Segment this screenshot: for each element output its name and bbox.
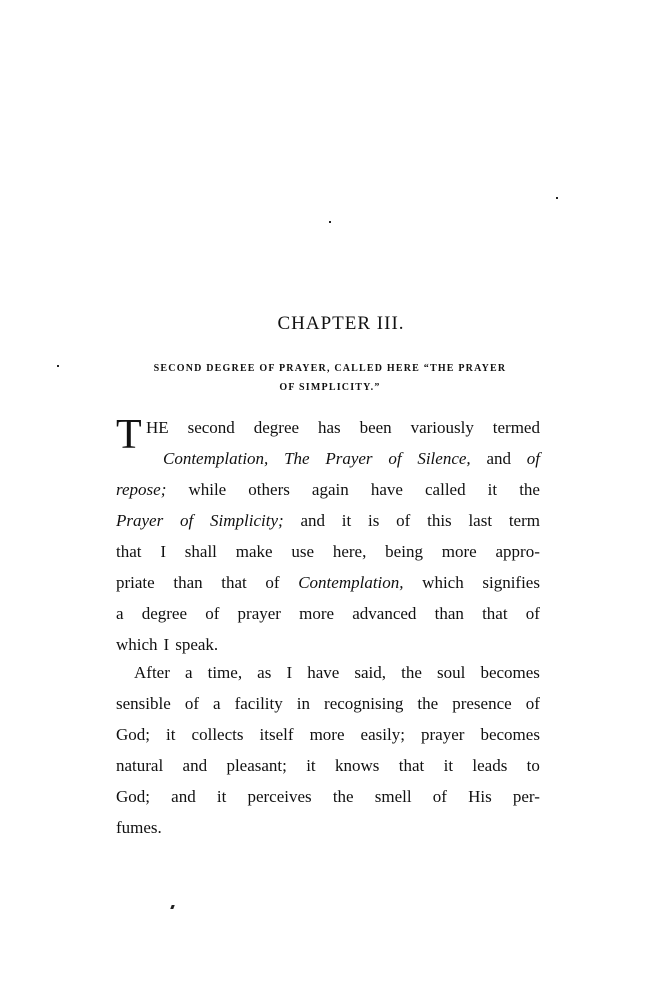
text-line: which I speak. — [116, 629, 540, 660]
text-line: T HE second degree has been variously te… — [116, 412, 540, 443]
scan-speck — [556, 197, 558, 199]
text-line: repose; while others again have called i… — [116, 474, 540, 505]
text-line: Contemplation, The Prayer of Silence, an… — [116, 443, 540, 474]
text-line: sensible of a facility in recognising th… — [116, 688, 540, 719]
chapter-title: CHAPTER III. — [0, 313, 654, 335]
text-line: God; and it perceives the smell of His p… — [116, 781, 540, 812]
drop-cap: T — [116, 416, 142, 454]
scan-speck — [329, 221, 331, 223]
text-line: fumes. — [116, 812, 540, 843]
text-line: priate than that of Contemplation, which… — [116, 567, 540, 598]
subtitle-line-2: OF SIMPLICITY.” — [112, 378, 548, 397]
scan-speck — [170, 905, 174, 909]
text-line: Prayer of Simplicity; and it is of this … — [116, 505, 540, 536]
book-page: CHAPTER III. SECOND DEGREE OF PRAYER, CA… — [0, 0, 654, 1000]
subtitle-line-1: SECOND DEGREE OF PRAYER, CALLED HERE “TH… — [112, 359, 548, 378]
text-line: After a time, as I have said, the soul b… — [116, 657, 540, 688]
text-line: God; it collects itself more easily; pra… — [116, 719, 540, 750]
text-line: that I shall make use here, being more a… — [116, 536, 540, 567]
chapter-subtitle: SECOND DEGREE OF PRAYER, CALLED HERE “TH… — [112, 359, 548, 397]
text-line: natural and pleasant; it knows that it l… — [116, 750, 540, 781]
scan-speck — [57, 365, 59, 367]
paragraph-1: T HE second degree has been variously te… — [116, 412, 540, 660]
text-line: a degree of prayer more advanced than th… — [116, 598, 540, 629]
paragraph-2: After a time, as I have said, the soul b… — [116, 657, 540, 843]
